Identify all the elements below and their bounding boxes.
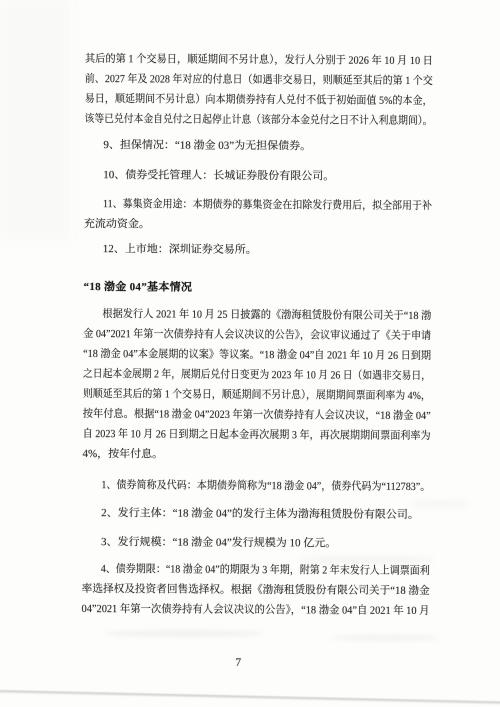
scan-shading — [0, 0, 70, 240]
text-line: 之日起本金展期 2 年，展期后兑付日变更为 2023 年 10 月 26 日（如… — [83, 364, 431, 386]
paragraph: 4、债券期限：“18 渤金 04”的期限为 3 年期，附第 2 年末发行人上调票… — [82, 559, 430, 621]
paragraph: 10、债券受托管理人：长城证券股份有限公司。 — [84, 165, 432, 187]
paragraph: 2、发行主体：“18 渤金 04”的发行主体为渤海租赁股份有限公司。 — [82, 503, 430, 525]
document-body: 其后的第 1 个交易日，顺延期间不另计息），发行人分别于 2026 年 10 月… — [81, 49, 433, 674]
paragraph: 3、发行规模：“18 渤金 04”发行规模为 10 亿元。 — [82, 532, 430, 554]
text-line: 充流动资金。 — [84, 214, 432, 236]
page-number: 7 — [64, 652, 412, 674]
paragraph: 1、债券简称及代码：本期债券简称为“18 渤金 04”，债券代码为“112783… — [82, 475, 430, 497]
text-line: 4%，按年付息。 — [82, 444, 430, 466]
page-edge-line — [0, 690, 500, 704]
paragraph: 其后的第 1 个交易日，顺延期间不另计息），发行人分别于 2026 年 10 月… — [85, 49, 433, 131]
paragraph: 根据发行人 2021 年 10 月 25 日披露的《渤海租赁股份有限公司关于“1… — [82, 304, 431, 466]
paragraph: 9、担保情况：“18 渤金 03”为无担保债券。 — [84, 135, 432, 157]
text-line: 前、2027 年及 2028 年对应的付息日（如遇非交易日，则顺延至其后的第 1… — [85, 69, 433, 91]
text-line: 10、债券受托管理人：长城证券股份有限公司。 — [84, 165, 432, 187]
paragraph: 12、上市地：深圳证券交易所。 — [84, 239, 432, 261]
text-line: 易日，顺延期间不另计息）向本期债券持有人兑付不低于初始面值 5%的本金， — [85, 89, 433, 111]
text-line: 4、债券期限：“18 渤金 04”的期限为 3 年期，附第 2 年末发行人上调票… — [82, 559, 430, 581]
text-line: 自 2023 年 10 月 26 日到期之日起本金再次展期 3 年，再次展期期间… — [83, 424, 431, 446]
text-line: “18 渤金 04”基本情况 — [83, 277, 431, 299]
text-line: 9、担保情况：“18 渤金 03”为无担保债券。 — [84, 135, 432, 157]
text-line: 04”2021 年第一次债券持有人会议决议的公告》，“18 渤金 04”自 20… — [82, 599, 430, 621]
text-line: 率选择权及投资者回售选择权。根据《渤海租赁股份有限公司关于“18 渤金 — [82, 579, 430, 601]
text-line: 金 04”2021 年第一次债券持有人会议决议的公告》，会议审议通过了《关于申请 — [83, 324, 431, 346]
text-line: 2、发行主体：“18 渤金 04”的发行主体为渤海租赁股份有限公司。 — [82, 503, 430, 525]
section-heading: “18 渤金 04”基本情况 — [83, 277, 431, 299]
text-line: 1、债券简称及代码：本期债券简称为“18 渤金 04”，债券代码为“112783… — [82, 475, 430, 497]
text-line: 其后的第 1 个交易日，顺延期间不另计息），发行人分别于 2026 年 10 月… — [85, 49, 433, 71]
text-line: 则顺延至其后的第 1 个交易日，顺延期间不另计息），展期期间票面利率为 4%， — [83, 384, 431, 406]
text-line: 该等已兑付本金自兑付之日起停止计息（该部分本金兑付之日不计入利息期间）。 — [85, 109, 433, 131]
paragraph: 11、募集资金用途：本期债券的募集资金在扣除发行费用后，拟全部用于补充流动资金。 — [84, 194, 432, 236]
text-line: 按年付息。根据“18 渤金 04”2023 年第一次债券持有人会议决议，“18 … — [83, 404, 431, 426]
text-line: 根据发行人 2021 年 10 月 25 日披露的《渤海租赁股份有限公司关于“1… — [83, 304, 431, 326]
text-line: 3、发行规模：“18 渤金 04”发行规模为 10 亿元。 — [82, 532, 430, 554]
text-line: “18 渤金 04”本金展期的议案》等议案。“18 渤金 04”自 2021 年… — [83, 344, 431, 366]
text-line: 11、募集资金用途：本期债券的募集资金在扣除发行费用后，拟全部用于补 — [84, 194, 432, 216]
text-line: 12、上市地：深圳证券交易所。 — [84, 239, 432, 261]
scanned-page: { "page": { "number": "7", "width": 500,… — [0, 0, 500, 707]
